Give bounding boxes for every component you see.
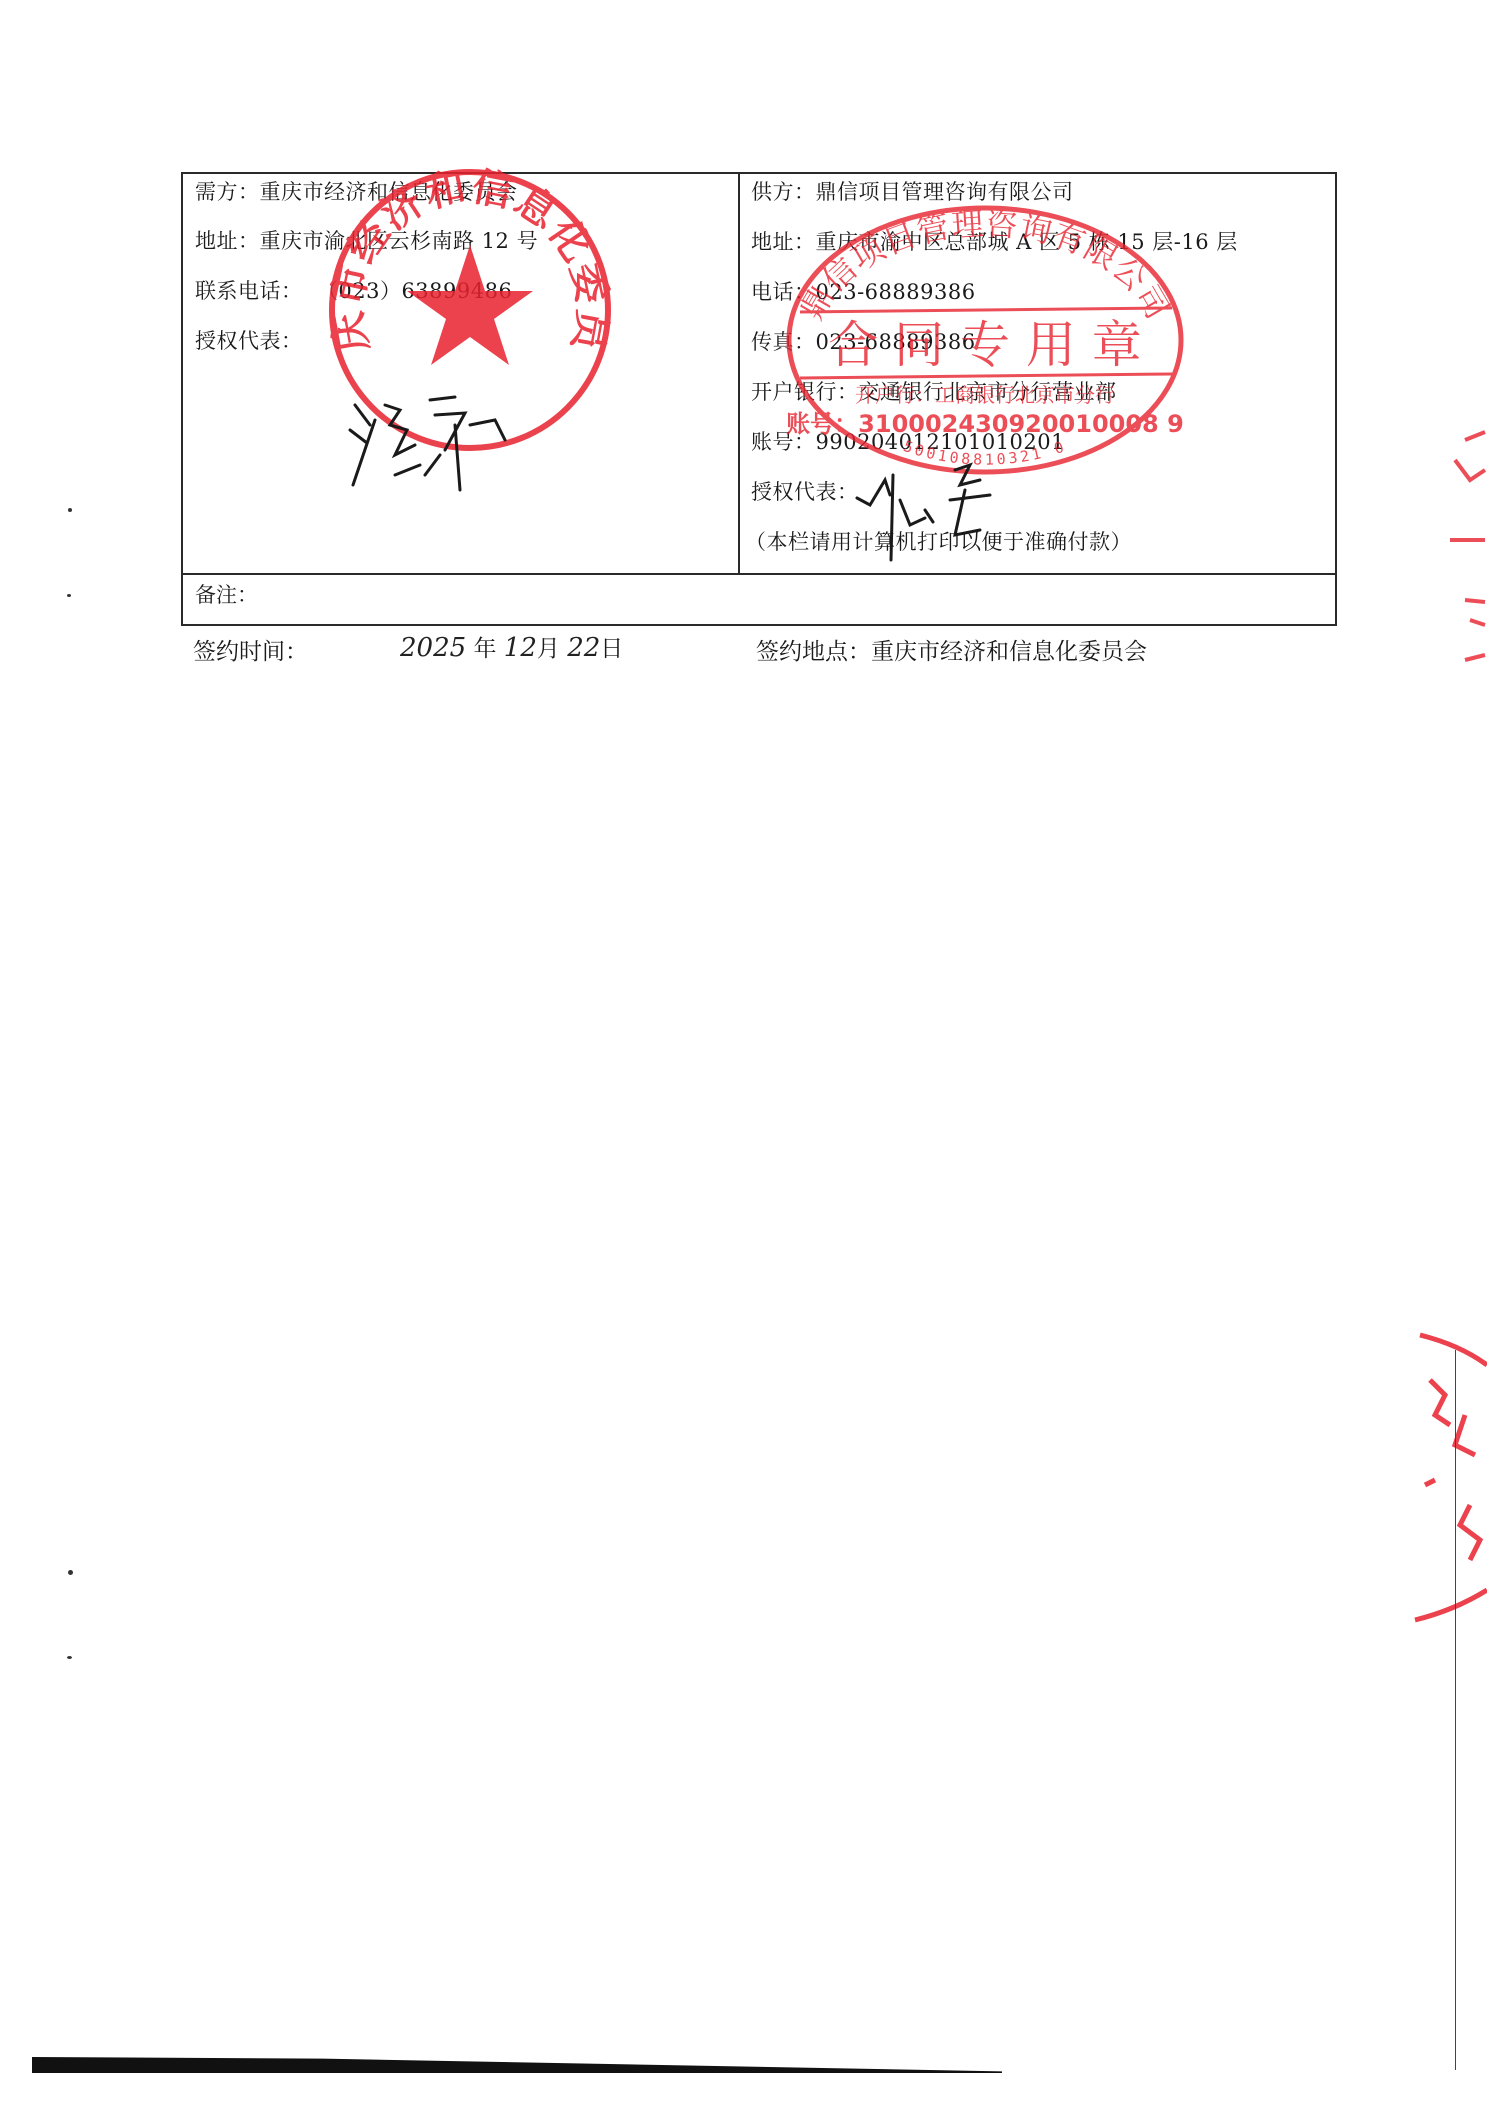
contract-signature-table: 需方：重庆市经济和信息化委员会 地址：重庆市渝北区云杉南路 12 号 联系电话：…: [181, 172, 1337, 626]
buyer-phone: （023）63899486: [317, 279, 512, 303]
day-unit: 日: [600, 636, 623, 662]
scan-shadow: [32, 2057, 1002, 2073]
sign-place-line: 签约地点：重庆市经济和信息化委员会: [756, 637, 1147, 667]
notes-label: 备注：: [195, 582, 258, 608]
column-divider: [738, 174, 740, 573]
margin-mark: [68, 508, 72, 512]
supplier-account-line: 账号：990204012101010201: [751, 429, 1065, 455]
supplier-bank-line: 开户银行：交通银行北京市分行营业部: [751, 379, 1117, 405]
row-divider: [183, 573, 1335, 575]
buyer-name-label: 需方：: [195, 180, 260, 204]
sign-month: 12: [504, 633, 537, 663]
buyer-name: 重庆市经济和信息化委员会: [260, 180, 518, 204]
buyer-rep-line: 授权代表：: [195, 328, 303, 354]
supplier-bank: 交通银行北京市分行营业部: [859, 380, 1117, 404]
margin-mark: [67, 1656, 72, 1659]
supplier-name-line: 供方：鼎信项目管理咨询有限公司: [751, 179, 1074, 205]
supplier-fax: 023-68889386: [816, 330, 976, 354]
supplier-address-line: 地址：重庆市渝中区总部城 A 区 5 栋 15 层-16 层: [751, 229, 1238, 255]
supplier-address: 重庆市渝中区总部城 A 区 5 栋 15 层-16 层: [816, 230, 1238, 254]
year-unit: 年: [473, 636, 496, 662]
supplier-name-label: 供方：: [751, 180, 816, 204]
buyer-address-label: 地址：: [195, 229, 260, 253]
margin-mark: [68, 1570, 73, 1575]
scan-edge-line: [1455, 1350, 1456, 2070]
month-unit: 月: [537, 636, 560, 662]
buyer-name-line: 需方：重庆市经济和信息化委员会: [195, 179, 518, 205]
supplier-account-label: 账号：: [751, 430, 816, 454]
supplier-name: 鼎信项目管理咨询有限公司: [816, 180, 1074, 204]
sign-place: 重庆市经济和信息化委员会: [871, 639, 1147, 665]
sign-year: 2025: [400, 633, 466, 663]
supplier-fax-line: 传真：023-68889386: [751, 329, 976, 355]
sign-place-label: 签约地点：: [756, 639, 871, 665]
sign-time-label: 签约时间：: [193, 637, 308, 667]
buyer-address-line: 地址：重庆市渝北区云杉南路 12 号: [195, 228, 538, 254]
buyer-cell: 需方：重庆市经济和信息化委员会 地址：重庆市渝北区云杉南路 12 号 联系电话：…: [195, 174, 735, 573]
supplier-print-note: （本栏请用计算机打印以便于准确付款）: [745, 529, 1132, 555]
supplier-phone-line: 电话：023-68889386: [751, 279, 976, 305]
buyer-phone-label: 联系电话：: [195, 279, 303, 303]
partial-seal-bottom-right: [1400, 1320, 1487, 1640]
sign-date: 2025 年 12月 22日: [400, 630, 623, 663]
margin-mark: [67, 594, 71, 597]
supplier-bank-label: 开户银行：: [751, 380, 859, 404]
supplier-cell: 供方：鼎信项目管理咨询有限公司 地址：重庆市渝中区总部城 A 区 5 栋 15 …: [751, 174, 1331, 573]
supplier-rep-label: 授权代表：: [751, 480, 859, 504]
supplier-fax-label: 传真：: [751, 330, 816, 354]
supplier-rep-line: 授权代表：: [751, 479, 859, 505]
contract-page: 需方：重庆市经济和信息化委员会 地址：重庆市渝北区云杉南路 12 号 联系电话：…: [0, 0, 1487, 2105]
supplier-phone: 023-68889386: [816, 280, 976, 304]
buyer-rep-label: 授权代表：: [195, 329, 303, 353]
buyer-address: 重庆市渝北区云杉南路 12 号: [260, 229, 539, 253]
supplier-address-label: 地址：: [751, 230, 816, 254]
buyer-phone-line: 联系电话： （023）63899486: [195, 278, 512, 304]
supplier-account: 990204012101010201: [816, 430, 1066, 454]
partial-seal-top-right: [1425, 420, 1487, 680]
sign-day: 22: [567, 633, 600, 663]
supplier-phone-label: 电话：: [751, 280, 816, 304]
